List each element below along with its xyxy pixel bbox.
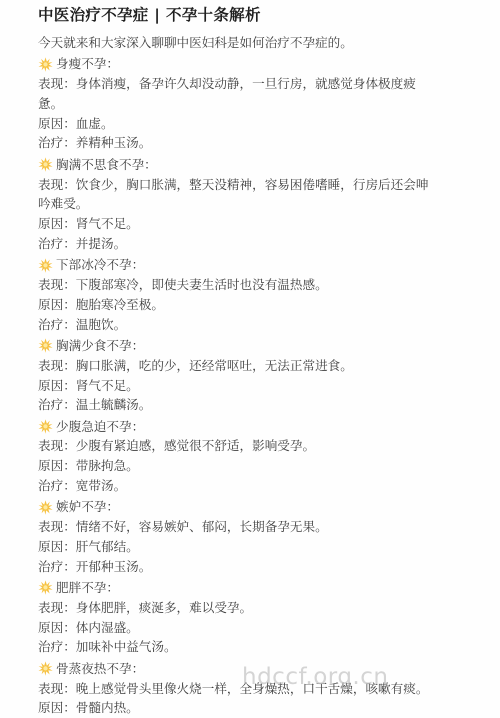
section-detail-line: 原因：肾气不足。: [38, 214, 434, 234]
section-detail-line: 治疗：并提汤。: [38, 234, 434, 254]
section-heading: 胸满少食不孕：: [38, 336, 434, 356]
section-heading: 嫉妒不孕：: [38, 497, 434, 517]
section-detail-line: 表现：少腹有紧迫感，感觉很不舒适，影响受孕。: [38, 436, 434, 456]
section-block: 胸满不思食不孕： 表现：饮食少，胸口胀满，整天没精神，容易困倦嗜睡，行房后还会呻…: [38, 155, 434, 254]
section-heading-label: 身瘦不孕：: [56, 54, 119, 74]
section-detail-line: 原因：肾气不足。: [38, 376, 434, 396]
section-block: 身瘦不孕： 表现：身体消瘦，备孕许久却没动静，一旦行房，就感觉身体极度疲惫。原因…: [38, 54, 434, 153]
sparkle-icon: [38, 500, 53, 515]
section-detail-line: 表现：饮食少，胸口胀满，整天没精神，容易困倦嗜睡，行房后还会呻吟难受。: [38, 175, 434, 215]
section-detail-line: 治疗：养精种玉汤。: [38, 133, 434, 153]
sparkle-icon: [38, 419, 53, 434]
section-heading-label: 少腹急迫不孕：: [56, 417, 144, 437]
sparkle-icon: [38, 661, 53, 676]
section-heading-label: 嫉妒不孕：: [56, 497, 119, 517]
section-detail-line: 治疗：加味补中益气汤。: [38, 637, 434, 657]
sparkle-icon: [38, 57, 53, 72]
section-block: 嫉妒不孕： 表现：情绪不好，容易嫉妒、郁闷，长期备孕无果。原因：肝气郁结。治疗：…: [38, 497, 434, 576]
section-block: 下部冰冷不孕： 表现：下腹部寒冷，即使夫妻生活时也没有温热感。原因：胞胎寒冷至极…: [38, 255, 434, 334]
section-detail-line: 治疗：宽带汤。: [38, 476, 434, 496]
sparkle-icon: [38, 157, 53, 172]
section-heading: 胸满不思食不孕：: [38, 155, 434, 175]
section-heading: 身瘦不孕：: [38, 54, 434, 74]
section-detail-line: 治疗：开郁种玉汤。: [38, 557, 434, 577]
section-detail-line: 原因：肝气郁结。: [38, 537, 434, 557]
section-heading: 肥胖不孕：: [38, 578, 434, 598]
section-detail-line: 原因：血虚。: [38, 114, 434, 134]
section-detail-line: 表现：身体消瘦，备孕许久却没动静，一旦行房，就感觉身体极度疲惫。: [38, 74, 434, 114]
section-heading-label: 肥胖不孕：: [56, 578, 119, 598]
section-detail-line: 表现：胸口胀满，吃的少，还经常呕吐，无法正常进食。: [38, 356, 434, 376]
section-detail-line: 治疗：温胞饮。: [38, 315, 434, 335]
section-heading-label: 下部冰冷不孕：: [56, 255, 144, 275]
section-detail-line: 原因：胞胎寒冷至极。: [38, 295, 434, 315]
page-title: 中医治疗不孕症 | 不孕十条解析: [38, 5, 434, 25]
section-detail-line: 表现：情绪不好，容易嫉妒、郁闷，长期备孕无果。: [38, 517, 434, 537]
article-page: 中医治疗不孕症 | 不孕十条解析 今天就来和大家深入聊聊中医妇科是如何治疗不孕症…: [0, 0, 500, 718]
sparkle-icon: [38, 338, 53, 353]
section-detail-line: 表现：身体肥胖，痰涎多，难以受孕。: [38, 598, 434, 618]
section-detail-line: 表现：晚上感觉骨头里像火烧一样，全身燥热，口干舌燥，咳嗽有痰。: [38, 679, 434, 699]
section-detail-line: 表现：下腹部寒冷，即使夫妻生活时也没有温热感。: [38, 275, 434, 295]
section-block: 肥胖不孕： 表现：身体肥胖，痰涎多，难以受孕。原因：体内湿盛。治疗：加味补中益气…: [38, 578, 434, 657]
section-heading: 下部冰冷不孕：: [38, 255, 434, 275]
section-detail-line: 原因：骨髓内热。: [38, 698, 434, 718]
section-block: 胸满少食不孕： 表现：胸口胀满，吃的少，还经常呕吐，无法正常进食。原因：肾气不足…: [38, 336, 434, 415]
section-heading: 少腹急迫不孕：: [38, 417, 434, 437]
section-heading-label: 胸满少食不孕：: [56, 336, 144, 356]
section-block: 骨蒸夜热不孕： 表现：晚上感觉骨头里像火烧一样，全身燥热，口干舌燥，咳嗽有痰。原…: [38, 659, 434, 718]
section-heading-label: 胸满不思食不孕：: [56, 155, 157, 175]
sparkle-icon: [38, 580, 53, 595]
section-block: 少腹急迫不孕： 表现：少腹有紧迫感，感觉很不舒适，影响受孕。原因：带脉拘急。治疗…: [38, 417, 434, 496]
section-detail-line: 原因：带脉拘急。: [38, 456, 434, 476]
section-heading: 骨蒸夜热不孕：: [38, 659, 434, 679]
sections-container: 身瘦不孕： 表现：身体消瘦，备孕许久却没动静，一旦行房，就感觉身体极度疲惫。原因…: [38, 54, 434, 718]
section-heading-label: 骨蒸夜热不孕：: [56, 659, 144, 679]
section-detail-line: 原因：体内湿盛。: [38, 618, 434, 638]
intro-text: 今天就来和大家深入聊聊中医妇科是如何治疗不孕症的。: [38, 33, 434, 53]
sparkle-icon: [38, 258, 53, 273]
section-detail-line: 治疗：温土毓麟汤。: [38, 395, 434, 415]
